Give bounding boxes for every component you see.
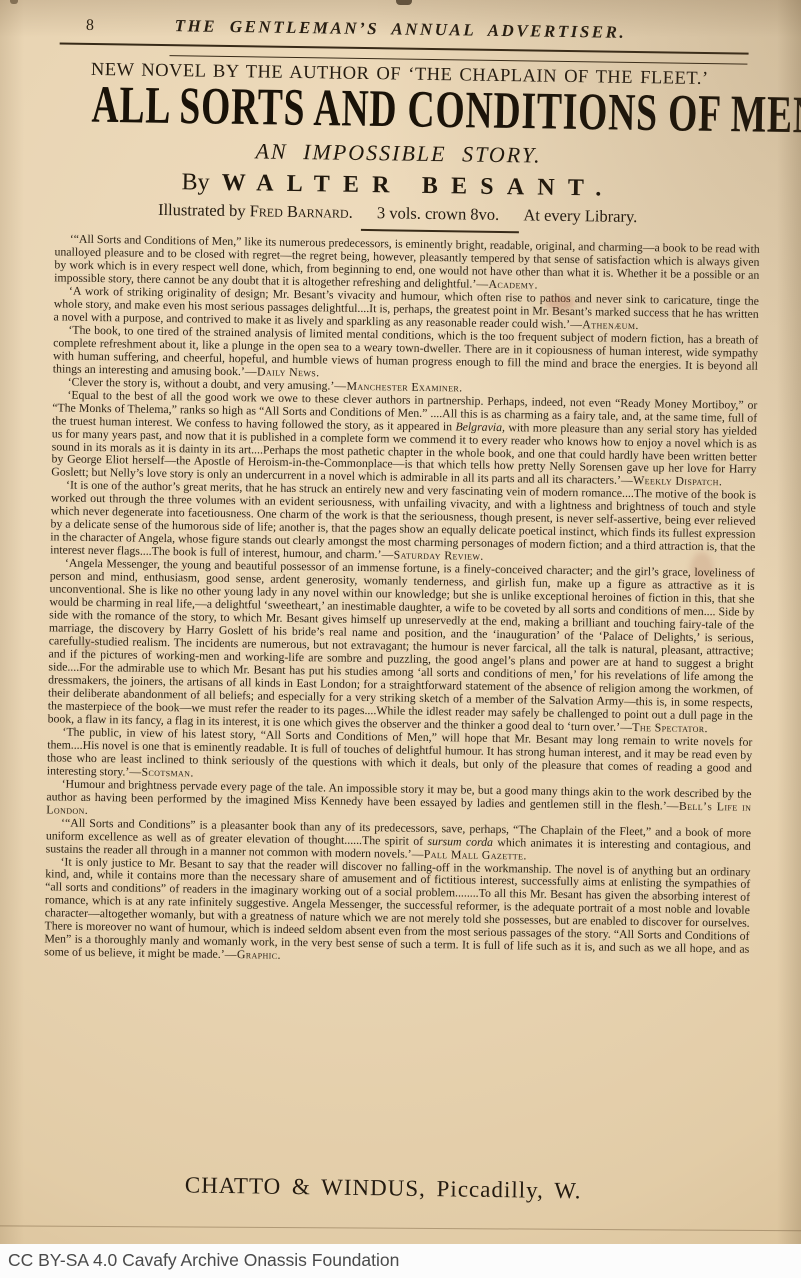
illustrator-credit: Illustrated by Fred Barnard. — [158, 200, 353, 222]
advertisement-content: 8 THE GENTLEMAN’S ANNUAL ADVERTISER. NEW… — [0, 0, 801, 1207]
format-note: 3 vols. crown 8vo. — [377, 203, 500, 224]
paper-background: 8 THE GENTLEMAN’S ANNUAL ADVERTISER. NEW… — [0, 0, 801, 1244]
scan-artifact — [396, 0, 412, 5]
book-title: ALL SORTS AND CONDITIONS OF MEN: — [91, 79, 801, 143]
license-caption: CC BY-SA 4.0 Cavafy Archive Onassis Foun… — [0, 1244, 801, 1278]
book-title-line: ALL SORTS AND CONDITIONS OF MEN: — [0, 81, 800, 140]
publisher-line: CHATTO & WINDUS, Piccadilly, W. — [0, 1169, 784, 1207]
review-weekly-dispatch: ‘Equal to the best of all the good work … — [51, 388, 757, 489]
page-edge-line — [0, 1225, 801, 1231]
review-spectator: ‘Angela Messenger, the young and beautif… — [48, 557, 755, 736]
page-scan: 8 THE GENTLEMAN’S ANNUAL ADVERTISER. NEW… — [0, 0, 801, 1278]
running-head: THE GENTLEMAN’S ANNUAL ADVERTISER. — [0, 14, 801, 46]
review-saturday-review: ‘It is one of the author’s great merits,… — [50, 479, 756, 567]
byline-prefix: By — [181, 169, 209, 195]
illustrator-name: Fred Barnard. — [250, 201, 353, 222]
author-name: WALTER BESANT. — [221, 170, 614, 202]
review-graphic: ‘It is only justice to Mr. Besant to say… — [44, 855, 750, 969]
review-source: —Graphic. — [225, 947, 281, 962]
press-notices: ‘“All Sorts and Conditions of Men,” like… — [41, 232, 760, 1168]
title-divider — [361, 229, 519, 233]
availability-note: At every Library. — [523, 205, 637, 226]
page-number: 8 — [86, 17, 94, 35]
scan-artifact — [10, 0, 18, 4]
